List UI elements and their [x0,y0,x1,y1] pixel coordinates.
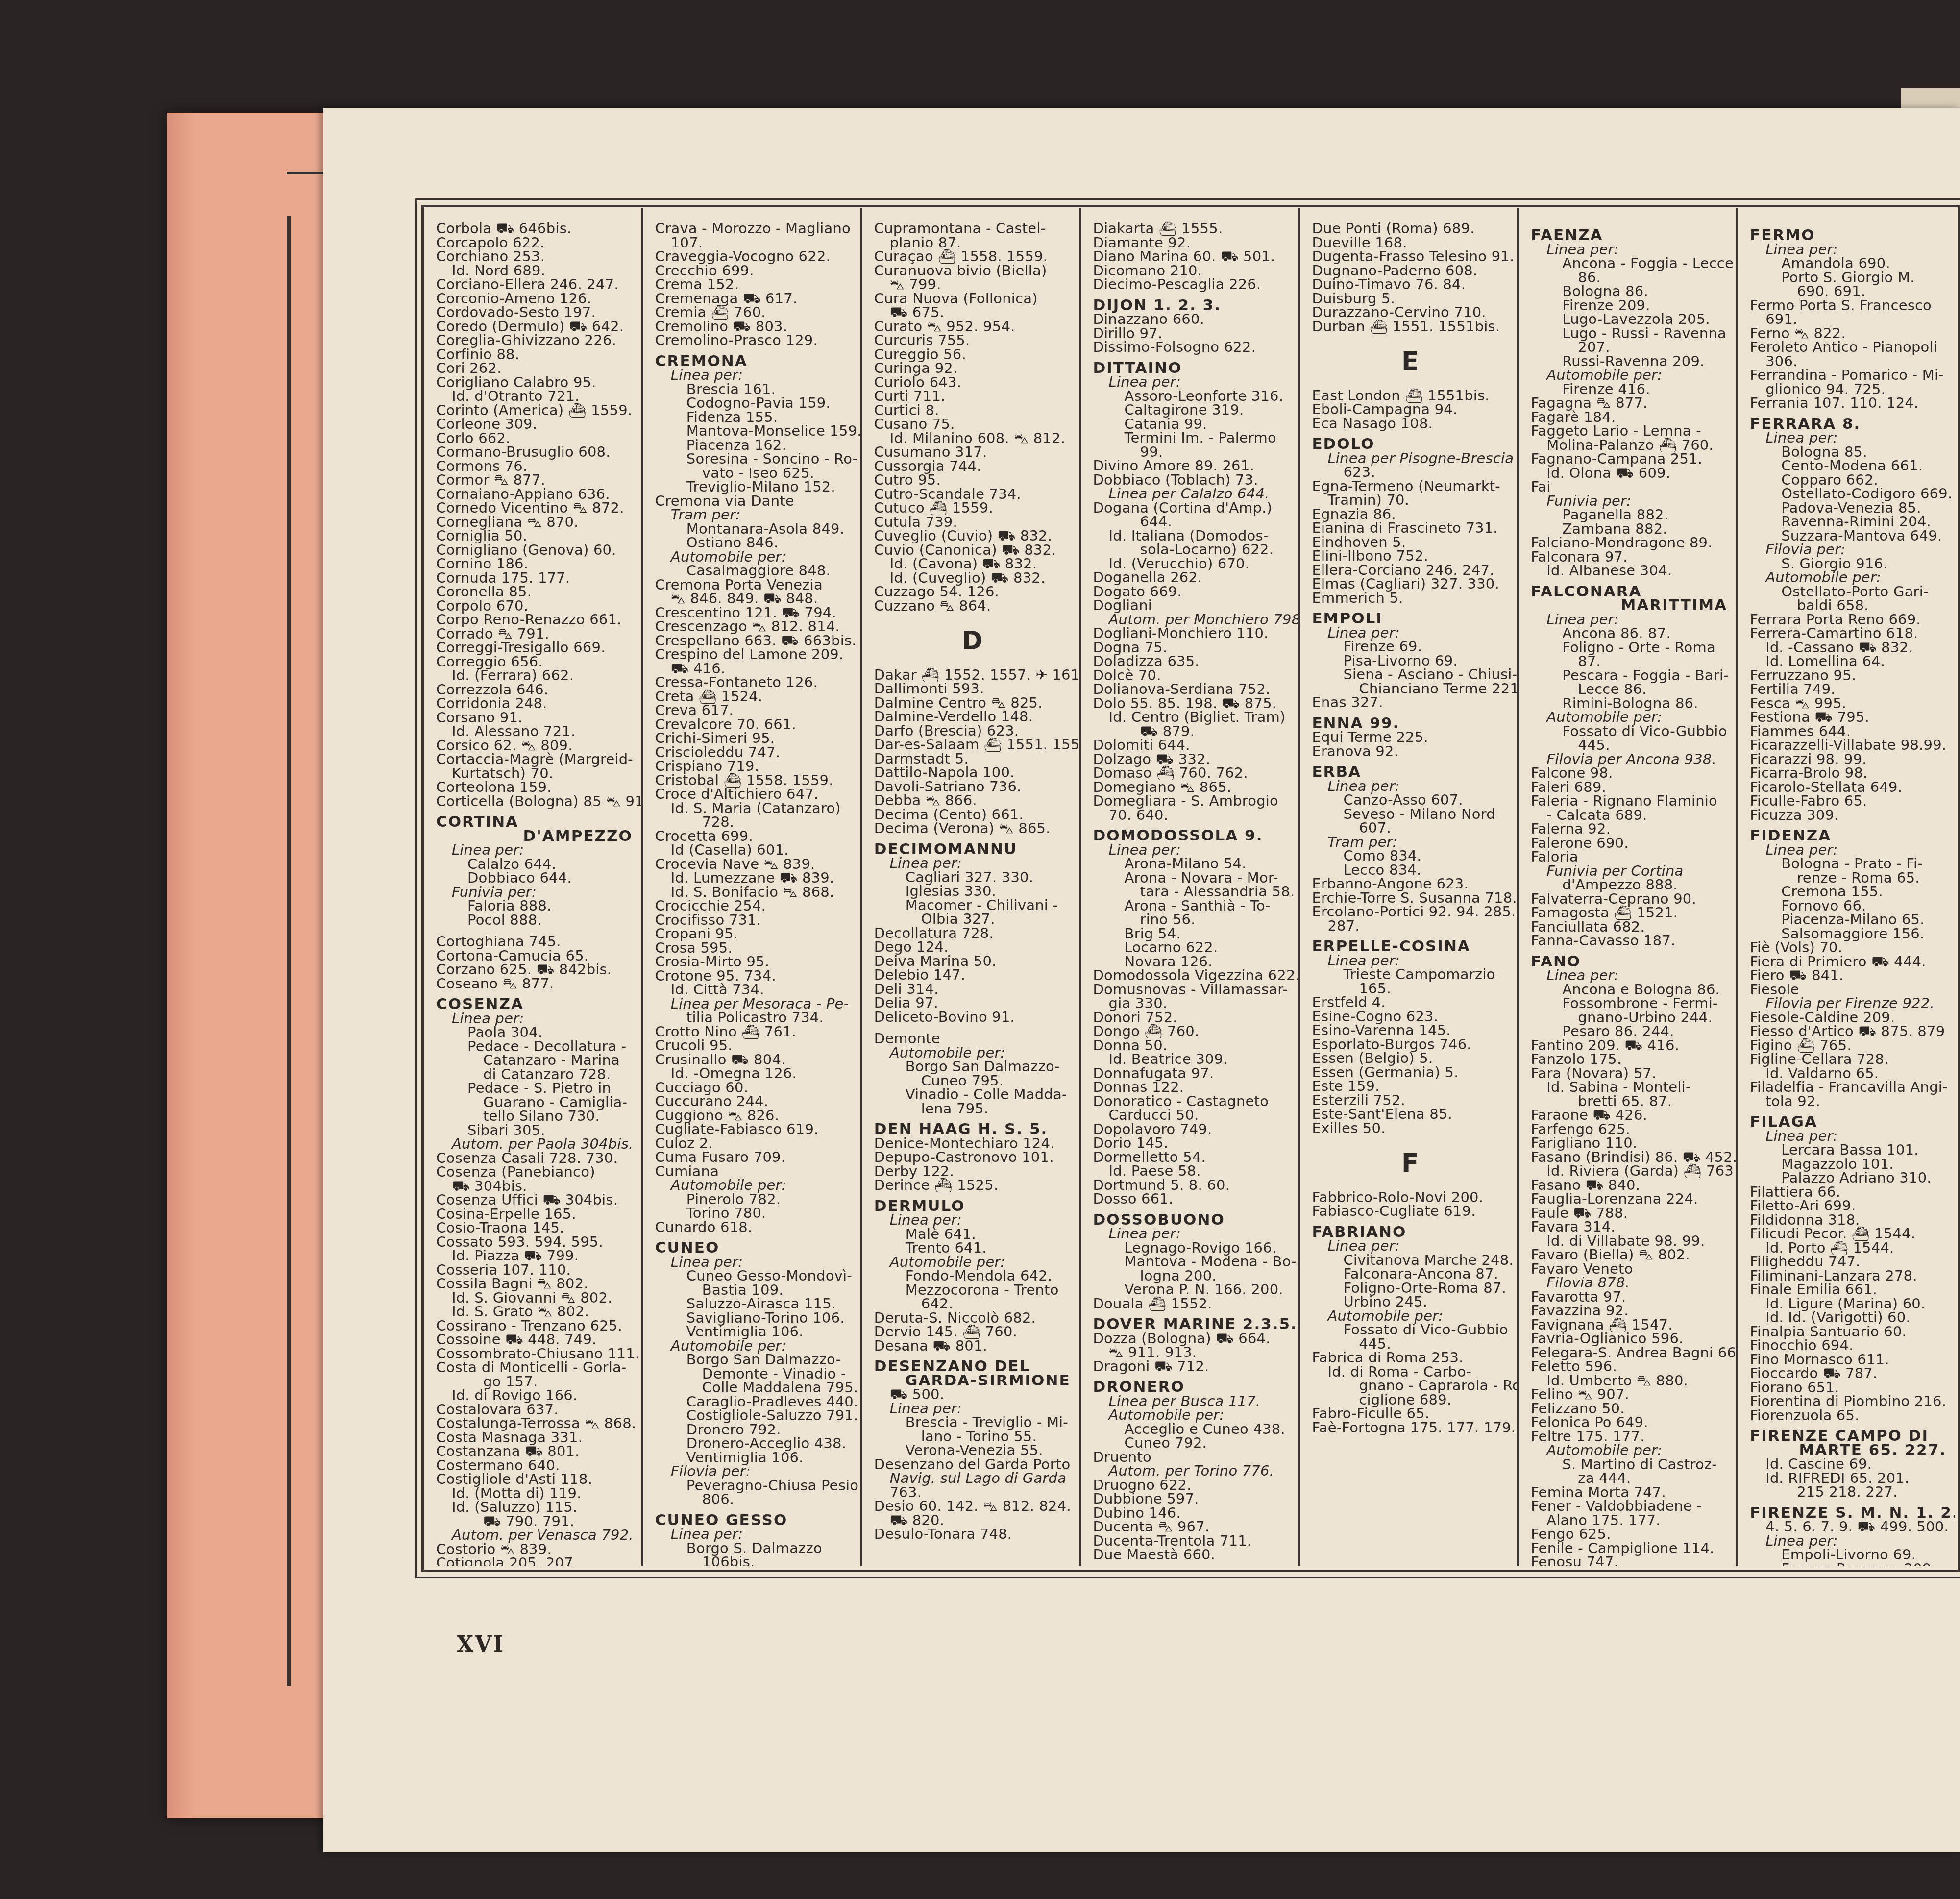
index-entry: Cureggio 56. [874,347,1071,362]
index-entry: Fossato di Vico-Gubbio [1312,1323,1508,1337]
index-entry: ciglione 689. [1312,1393,1508,1407]
index-entry: Fertilia 749. [1750,682,1946,696]
index-subentry-label: Linea per Calalzo 644. [1093,487,1290,501]
index-entry: Corzano 625. ⛟ 842bis. [436,962,633,977]
index-entry: Dalmine-Verdello 148. [874,710,1071,724]
index-entry: Diamante 92. [1093,236,1290,250]
index-entry: Costalovara 637. [436,1403,633,1417]
index-entry: Id. (Cuveglio) ⛟ 832. [874,571,1071,585]
index-entry: Cremona via Dante [655,494,852,508]
index-entry: Ancona 86. 87. [1531,626,1727,641]
index-column-6: FAENZALinea per:Ancona - Foggia - Lecce8… [1519,208,1738,1566]
index-entry: Crescentino 121. ⛟ 794. [655,606,852,620]
index-entry: Caltagirone 319. [1093,403,1290,417]
index-entry: Porto S. Giorgio M. [1750,271,1946,285]
index-entry: Crichi-Simeri 95. [655,731,852,745]
index-subentry-label: Funivia per: [1531,494,1727,508]
index-entry: Exilles 50. [1312,1121,1508,1135]
index-entry: baldi 658. [1750,598,1946,613]
index-entry: Deiva Marina 50. [874,954,1071,968]
index-entry: Corteolona 159. [436,780,633,794]
index-entry: Favarotta 97. [1531,1290,1727,1304]
index-entry: Fenile - Campiglione 114. [1531,1541,1727,1555]
index-entry: 215 218. 227. [1750,1485,1946,1499]
index-entry: lano - Torino 55. [874,1430,1071,1444]
index-entry: Treviglio-Milano 152. [655,480,852,494]
index-entry: Brig 54. [1093,927,1290,941]
index-entry: Este-Sant'Elena 85. [1312,1107,1508,1121]
index-subentry-label: Navig. sul Lago di Garda [874,1471,1071,1485]
index-subentry-label: Filovia per Firenze 922. [1750,996,1946,1011]
index-entry: Ventimiglia 106. [655,1451,852,1465]
index-entry: Empoli-Livorno 69. [1750,1548,1946,1562]
index-subentry-label: Filovia per: [655,1464,852,1479]
index-entry: 623. [1312,465,1508,479]
index-entry: Novara 126. [1093,955,1290,969]
index-entry: Ficulle-Fabro 65. [1750,794,1946,808]
index-entry: Id. Umberto ⛍ 880. [1531,1374,1727,1388]
index-entry: Deruta-S. Niccolò 682. [874,1311,1071,1325]
index-entry: Fiammes 644. [1750,724,1946,739]
index-entry: Cusano 75. [874,417,1071,431]
index-entry: Fiè (Vols) 70. [1750,940,1946,955]
index-entry: Finale Emilia 661. [1750,1282,1946,1297]
index-entry: Faenza-Ravenna 209. [1750,1562,1946,1567]
index-entry: Fioccardo ⛟ 787. [1750,1366,1946,1381]
index-entry: Corpolo 670. [436,599,633,613]
index-entry: Fermo Porta S. Francesco [1750,298,1946,313]
index-entry: Ravenna-Rimini 204. [1750,515,1946,529]
index-entry: Paganella 882. [1531,508,1727,522]
index-entry: Chianciano Terme 221. [1312,682,1508,696]
index-heading: ERBA [1312,765,1508,779]
index-entry: 690. 691. [1750,284,1946,298]
index-subentry-label: Autom. per Paola 304bis. [436,1137,633,1151]
index-entry: Dogliani [1093,598,1290,613]
index-entry: Lugo - Russi - Ravenna [1531,326,1727,341]
index-subentry-label: Linea per: [436,843,633,857]
index-entry: Fesca ⛍ 995. [1750,696,1946,711]
index-heading: DECIMOMANNU [874,842,1071,857]
index-heading: FIRENZE S. M. N. 1. 2. 3. [1750,1506,1946,1520]
index-entry: Id. Paese 58. [1093,1164,1290,1178]
index-entry: Fauglia-Lorenzana 224. [1531,1192,1727,1206]
index-entry: Corlo 662. [436,431,633,445]
index-entry: Corinto (America) ⛴ 1559. [436,403,633,418]
index-entry: Felonica Po 649. [1531,1415,1727,1430]
index-entry: Dosso 661. [1093,1192,1290,1206]
index-entry: Filetto-Ari 699. [1750,1199,1946,1213]
index-entry: Durazzano-Cervino 710. [1312,305,1508,320]
index-entry: Bologna - Prato - Fi- [1750,857,1946,871]
index-entry: Cossoine ⛟ 448. 749. [436,1332,633,1347]
index-subentry-label: Automobile per: [874,1046,1071,1060]
index-entry: Dobbiaco (Toblach) 73. [1093,473,1290,487]
index-entry: Fidenza 155. [655,410,852,424]
index-heading: DERMULO [874,1199,1071,1213]
index-entry: Dugenta-Frasso Telesino 91. [1312,249,1508,264]
index-entry: Faleria - Rignano Flaminio [1531,794,1727,808]
index-entry: Civitanova Marche 248. [1312,1253,1508,1267]
index-subentry-label: Linea per: [1750,243,1946,257]
index-entry: Cornigliano (Genova) 60. [436,543,633,557]
index-entry: 106bis. [655,1555,852,1566]
index-entry: Domaso ⛴ 760. 762. [1093,766,1290,780]
index-entry: Dinazzano 660. [1093,312,1290,326]
index-entry: Corbola ⛟ 646bis. [436,222,633,236]
index-entry: Cugliate-Fabiasco 619. [655,1122,852,1136]
index-entry: Costigliole d'Asti 118. [436,1472,633,1486]
index-entry: gnano-Urbino 244. [1531,1011,1727,1025]
index-entry: Falerna 92. [1531,822,1727,836]
index-heading: MARITTIMA [1531,598,1727,613]
index-entry: Fossato di Vico-Gubbio [1531,724,1727,739]
index-entry: Delia 97. [874,996,1071,1010]
index-entry: Doladizza 635. [1093,654,1290,668]
index-entry: Id. (Motta di) 119. [436,1486,633,1501]
index-entry: Costigliole-Saluzzo 791. [655,1408,852,1423]
index-subentry-label: Linea per: [1531,243,1727,257]
index-entry: logna 200. [1093,1269,1290,1283]
index-entry: Amandola 690. [1750,256,1946,271]
index-entry: tara - Alessandria 58. [1093,885,1290,899]
index-entry: Erbanno-Angone 623. [1312,877,1508,891]
index-entry: Crosa 595. [655,941,852,955]
index-entry: Decima (Cento) 661. [874,808,1071,822]
index-entry: Id. Milanino 608. ⛍ 812. [874,431,1071,445]
index-entry: Pedace - Decollatura - [436,1039,633,1054]
index-entry: Feletto 596. [1531,1359,1727,1374]
index-entry: Id. (Verucchio) 670. [1093,557,1290,571]
index-entry: tello Silano 730. [436,1109,633,1123]
index-entry: Due Ponti (Roma) 689. [1312,222,1508,236]
index-entry: Filadelfia - Francavilla Angi- [1750,1080,1946,1094]
index-entry: Foligno-Orte-Roma 87. [1312,1281,1508,1295]
index-entry: S. Giorgio 916. [1750,557,1946,571]
index-entry: Arona - Novara - Mor- [1093,871,1290,885]
index-entry: Cossombrato-Chiusano 111. [436,1347,633,1361]
index-entry: Padova-Venezia 85. [1750,501,1946,515]
index-entry: Id. Sabina - Monteli- [1531,1080,1727,1094]
index-entry: Cormano-Brusuglio 608. [436,445,633,459]
index-entry: Faule ⛟ 788. [1531,1206,1727,1220]
index-entry: Ancona e Bologna 86. [1531,983,1727,997]
index-subentry-label: Linea per: [1750,431,1946,445]
index-entry: Creta ⛴ 1524. [655,690,852,704]
index-entry: 287. [1312,919,1508,933]
index-entry: Savigliano-Torino 106. [655,1311,852,1325]
index-entry: Curanuova bivio (Biella) [874,264,1071,278]
index-entry: Pisa-Livorno 69. [1312,654,1508,668]
index-entry: Cosio-Traona 145. [436,1221,633,1235]
index-entry: Corconio-Ameno 126. [436,292,633,306]
index-entry: Fiorentina di Piombino 216. [1750,1394,1946,1408]
index-subentry-label: Automobile per: [1531,1443,1727,1457]
index-entry: Cumiana [655,1164,852,1179]
index-entry: Depupo-Castronovo 101. [874,1150,1071,1164]
index-entry: Faraone ⛟ 426. [1531,1108,1727,1122]
index-entry: 691. [1750,312,1946,326]
index-entry: Doganella 262. [1093,570,1290,585]
index-subentry-label: Tram per: [655,508,852,522]
index-entry: Lecce 86. [1531,682,1727,696]
index-heading: CUNEO [655,1241,852,1255]
index-entry: Coseano ⛍ 877. [436,977,633,991]
index-entry: Elini-Ilbono 752. [1312,549,1508,563]
index-entry: Crispiano 719. [655,759,852,773]
index-entry: Pesaro 86. 244. [1531,1024,1727,1038]
index-entry: Cuneo 792. [1093,1436,1290,1450]
index-entry: Fai [1531,480,1727,494]
index-entry: Montanara-Asola 849. [655,522,852,536]
index-entry: Cristobal ⛴ 1558. 1559. [655,773,852,788]
index-entry: Seveso - Milano Nord [1312,807,1508,821]
index-entry: Dakar ⛴ 1552. 1557. ✈ 1611. [874,668,1071,682]
index-entry: Casalmaggiore 848. [655,564,852,578]
index-entry: sola-Locarno) 622. [1093,543,1290,557]
index-entry: Lecco 834. [1312,863,1508,877]
index-entry: Tramin) 70. [1312,493,1508,507]
index-subentry-label: Linea per: [1531,968,1727,983]
index-entry: Falciano-Mondragone 89. [1531,536,1727,550]
index-entry: ⛍ 911. 913. [1093,1345,1290,1359]
index-entry: Emmerich 5. [1312,591,1508,605]
index-entry: Elmas (Cagliari) 327. 330. [1312,577,1508,591]
index-entry: 207. [1531,340,1727,354]
index-entry: Fornovo 66. [1750,899,1946,913]
index-entry: Palazzo Adriano 310. [1750,1171,1946,1185]
index-entry: Id. Piazza ⛟ 799. [436,1249,633,1263]
index-entry: Corpo Reno-Renazzo 661. [436,613,633,627]
index-entry: Dugnano-Paderno 608. [1312,264,1508,278]
index-subentry-label: Linea per: [1312,1239,1508,1253]
index-entry: Piacenza 162. [655,438,852,452]
index-entry: Faloria 888. [436,899,633,913]
index-entry: Dirillo 97. [1093,326,1290,341]
index-column-2: Crava - Morozzo - Magliano107.Craveggia-… [643,208,862,1566]
index-entry: Deliceto-Bovino 91. [874,1010,1071,1024]
cover-fold [167,113,196,1818]
index-entry: Filigheddu 747. [1750,1255,1946,1269]
index-entry: Cornegliana ⛍ 870. [436,515,633,529]
index-entry: Fener - Valdobbiadene - [1531,1499,1727,1513]
index-entry: Crescenzago ⛍ 812. 814. [655,619,852,634]
index-entry: 99. [1093,445,1290,459]
index-entry: Magazzolo 101. [1750,1157,1946,1171]
index-entry: Crespino del Lamone 209. [655,647,852,662]
index-entry: Sibari 305. [436,1123,633,1137]
index-entry: Como 834. [1312,849,1508,863]
index-subentry-label: Automobile per: [1312,1309,1508,1323]
index-entry: Fabbrico-Rolo-Novi 200. [1312,1190,1508,1205]
index-entry: Codogno-Pavia 159. [655,396,852,410]
index-columns: Corbola ⛟ 646bis.Corcapolo 622.Corchiano… [424,208,1955,1566]
index-entry: Id. S. Maria (Catanzaro) [655,801,852,815]
index-entry: Diakarta ⛴ 1555. [1093,222,1290,236]
index-entry: Farigliano 110. [1531,1136,1727,1150]
index-entry: Felegara-S. Andrea Bagni 66. [1531,1346,1727,1360]
index-entry: Id. -Omegna 126. [655,1066,852,1081]
index-entry: Fengo 625. [1531,1527,1727,1541]
index-entry: Fiesso d'Artico ⛟ 875. 879 [1750,1024,1946,1038]
index-entry: Eianina di Frascineto 731. [1312,521,1508,535]
index-subentry-label: Linea per: [1093,843,1290,857]
index-entry: Cossato 593. 594. 595. [436,1235,633,1249]
index-entry: Fanzolo 175. [1531,1052,1727,1066]
index-entry: Dicomano 210. [1093,264,1290,278]
index-entry: Kurtatsch) 70. [436,766,633,781]
index-entry: Cornedo Vicentino ⛍ 872. [436,501,633,515]
index-entry: glionico 94. 725. [1750,382,1946,396]
index-entry: Essen (Belgio) 5. [1312,1051,1508,1065]
index-entry: Torino 780. [655,1206,852,1220]
index-entry: Verona-Venezia 55. [874,1443,1071,1457]
index-entry: Feltre 175. 177. [1531,1430,1727,1444]
index-entry: Locarno 622. [1093,940,1290,955]
index-subentry-label: Automobile per: [1531,368,1727,382]
index-entry: ⛟ 500. [874,1387,1071,1402]
index-heading: DITTAINO [1093,361,1290,375]
index-entry: Crotto Nino ⛴ 761. [655,1025,852,1039]
index-entry: Dolzago ⛟ 332. [1093,752,1290,766]
index-entry: Corsico 62. ⛍ 809. [436,739,633,753]
index-entry: Desio 60. 142. ⛍ 812. 824. [874,1499,1071,1513]
index-entry: Ficarolo-Stellata 649. [1750,780,1946,794]
index-entry: Falconara 97. [1531,550,1727,564]
index-heading: CUNEO GESSO [655,1513,852,1528]
index-entry: Cento-Modena 661. [1750,459,1946,473]
index-entry: 445. [1312,1337,1508,1351]
index-entry: Durban ⛴ 1551. 1551bis. [1312,320,1508,334]
index-subentry-label: Linea per: [655,368,852,382]
index-subentry-label: Linea per: [1531,613,1727,627]
index-subentry-label: Tram per: [1312,835,1508,849]
index-entry: di Catanzaro 728. [436,1067,633,1082]
index-entry: Feroleto Antico - Pianopoli [1750,340,1946,354]
index-entry: Dragoni ⛟ 712. [1093,1359,1290,1374]
index-subentry-label: Linea per: [1750,843,1946,857]
index-entry: Id. Città 734. [655,983,852,997]
index-entry: Decollatura 728. [874,926,1071,940]
index-entry: Dubino 146. [1093,1506,1290,1520]
index-entry: Crosia-Mirto 95. [655,955,852,969]
index-entry: Finalpia Santuario 60. [1750,1325,1946,1339]
index-entry: Corigliano Calabro 95. [436,375,633,390]
index-entry: Favazzina 92. [1531,1304,1727,1318]
index-entry: Cuggiono ⛍ 826. [655,1109,852,1123]
index-heading: ERPELLE-COSINA [1312,939,1508,954]
index-entry: Crava - Morozzo - Magliano [655,222,852,236]
index-entry: Firenze 416. [1531,382,1727,396]
index-entry: Ferruzzano 95. [1750,668,1946,683]
index-entry: Farfengo 625. [1531,1122,1727,1136]
index-entry: Assoro-Leonforte 316. [1093,389,1290,403]
index-entry: Costermano 640. [436,1458,633,1473]
index-entry: Favaro (Biella) ⛍ 802. [1531,1248,1727,1262]
index-entry: Cossila Bagni ⛍ 802. [436,1277,633,1291]
index-entry: Dubbione 597. [1093,1492,1290,1506]
index-entry: Id. Olona ⛟ 609. [1531,466,1727,480]
index-entry: Debba ⛍ 866. [874,793,1071,808]
index-entry: Esino-Varenna 145. [1312,1023,1508,1037]
index-entry: Donna 50. [1093,1038,1290,1053]
index-entry: Ellera-Corciano 246. 247. [1312,563,1508,577]
index-subentry-label: Linea per: [1750,1534,1946,1548]
index-entry: Cressa-Fontaneto 126. [655,675,852,690]
index-heading: FERMO [1750,228,1946,243]
index-entry: Copparo 662. [1750,473,1946,487]
index-entry: Fondo-Mendola 642. [874,1269,1071,1283]
index-heading: DEN HAAG H. S. 5. [874,1122,1071,1136]
index-entry: Duisburg 5. [1312,292,1508,306]
index-entry: Fanciullata 682. [1531,920,1727,934]
index-heading: MARTE 65. 227. [1750,1443,1946,1457]
index-entry: ⛟ 820. [874,1513,1071,1528]
index-heading: D'AMPEZZO [436,829,633,843]
index-entry: gia 330. [1093,996,1290,1011]
index-entry: za 444. [1531,1471,1727,1485]
index-column-5: Due Ponti (Roma) 689.Dueville 168.Dugent… [1300,208,1519,1566]
index-entry: Id. Lomellina 64. [1750,654,1946,668]
index-entry: Correggio 656. [436,655,633,669]
index-subentry-label: Linea per: [1312,626,1508,640]
index-subentry-label: Linea per: [1093,375,1290,389]
index-entry: Ostellato-Codigoro 669. [1750,487,1946,501]
index-entry: ⛟ 790. 791. [436,1514,633,1529]
index-entry: Cremia ⛴ 760. [655,305,852,320]
index-entry: Fildidonna 318. [1750,1213,1946,1227]
index-entry: Cuneo Gesso-Mondovì- [655,1269,852,1283]
index-entry: Cremolino ⛟ 803. [655,320,852,334]
index-entry: Favara 314. [1531,1220,1727,1234]
index-entry: Arona - Santhià - To- [1093,899,1290,913]
index-entry: Corleone 309. [436,417,633,431]
index-entry: Id. di Roma - Carbo- [1312,1365,1508,1379]
index-entry: Mezzocorona - Trento [874,1283,1071,1297]
cover-rule-vertical [287,216,291,1686]
index-entry: Ficuzza 309. [1750,808,1946,822]
index-entry: ⛍ 799. [874,277,1071,292]
index-entry: Id. Albanese 304. [1531,564,1727,578]
index-entry: Id. Nord 689. [436,264,633,278]
index-entry: Cremona 155. [1750,885,1946,899]
index-entry: S. Martino di Castroz- [1531,1457,1727,1472]
index-subentry-label: Linea per: [1312,779,1508,793]
index-entry: Costanzana ⛟ 801. [436,1444,633,1458]
index-entry: Costorio ⛍ 839. [436,1542,633,1556]
index-entry: Eindhoven 5. [1312,535,1508,549]
index-entry: Ancona - Foggia - Lecce [1531,256,1727,271]
index-entry: Corfinio 88. [436,347,633,362]
index-entry: Cupramontana - Castel- [874,222,1071,236]
index-entry: planio 87. [874,236,1071,250]
section-letter: F [1312,1157,1508,1171]
index-entry: Cura Nuova (Follonica) [874,292,1071,306]
index-entry: Ferrandina - Pomarico - Mi- [1750,368,1946,382]
index-entry: Mantova - Modena - Bo- [1093,1255,1290,1269]
index-entry: Paola 304. [436,1025,633,1039]
index-heading: DIJON 1. 2. 3. [1093,298,1290,313]
index-entry: Due Maestà 660. [1093,1548,1290,1562]
index-entry: Fiorano 651. [1750,1381,1946,1395]
index-entry: Equi Terme 225. [1312,730,1508,744]
section-letter: E [1312,355,1508,369]
index-entry: Ostellato-Porto Gari- [1750,585,1946,599]
index-entry: Cossirano - Trenzano 625. [436,1319,633,1333]
index-entry: Id. Riviera (Garda) ⛴ 763 [1531,1164,1727,1178]
index-entry: d'Ampezzo 888. [1531,878,1727,892]
index-entry: Donori 752. [1093,1011,1290,1025]
